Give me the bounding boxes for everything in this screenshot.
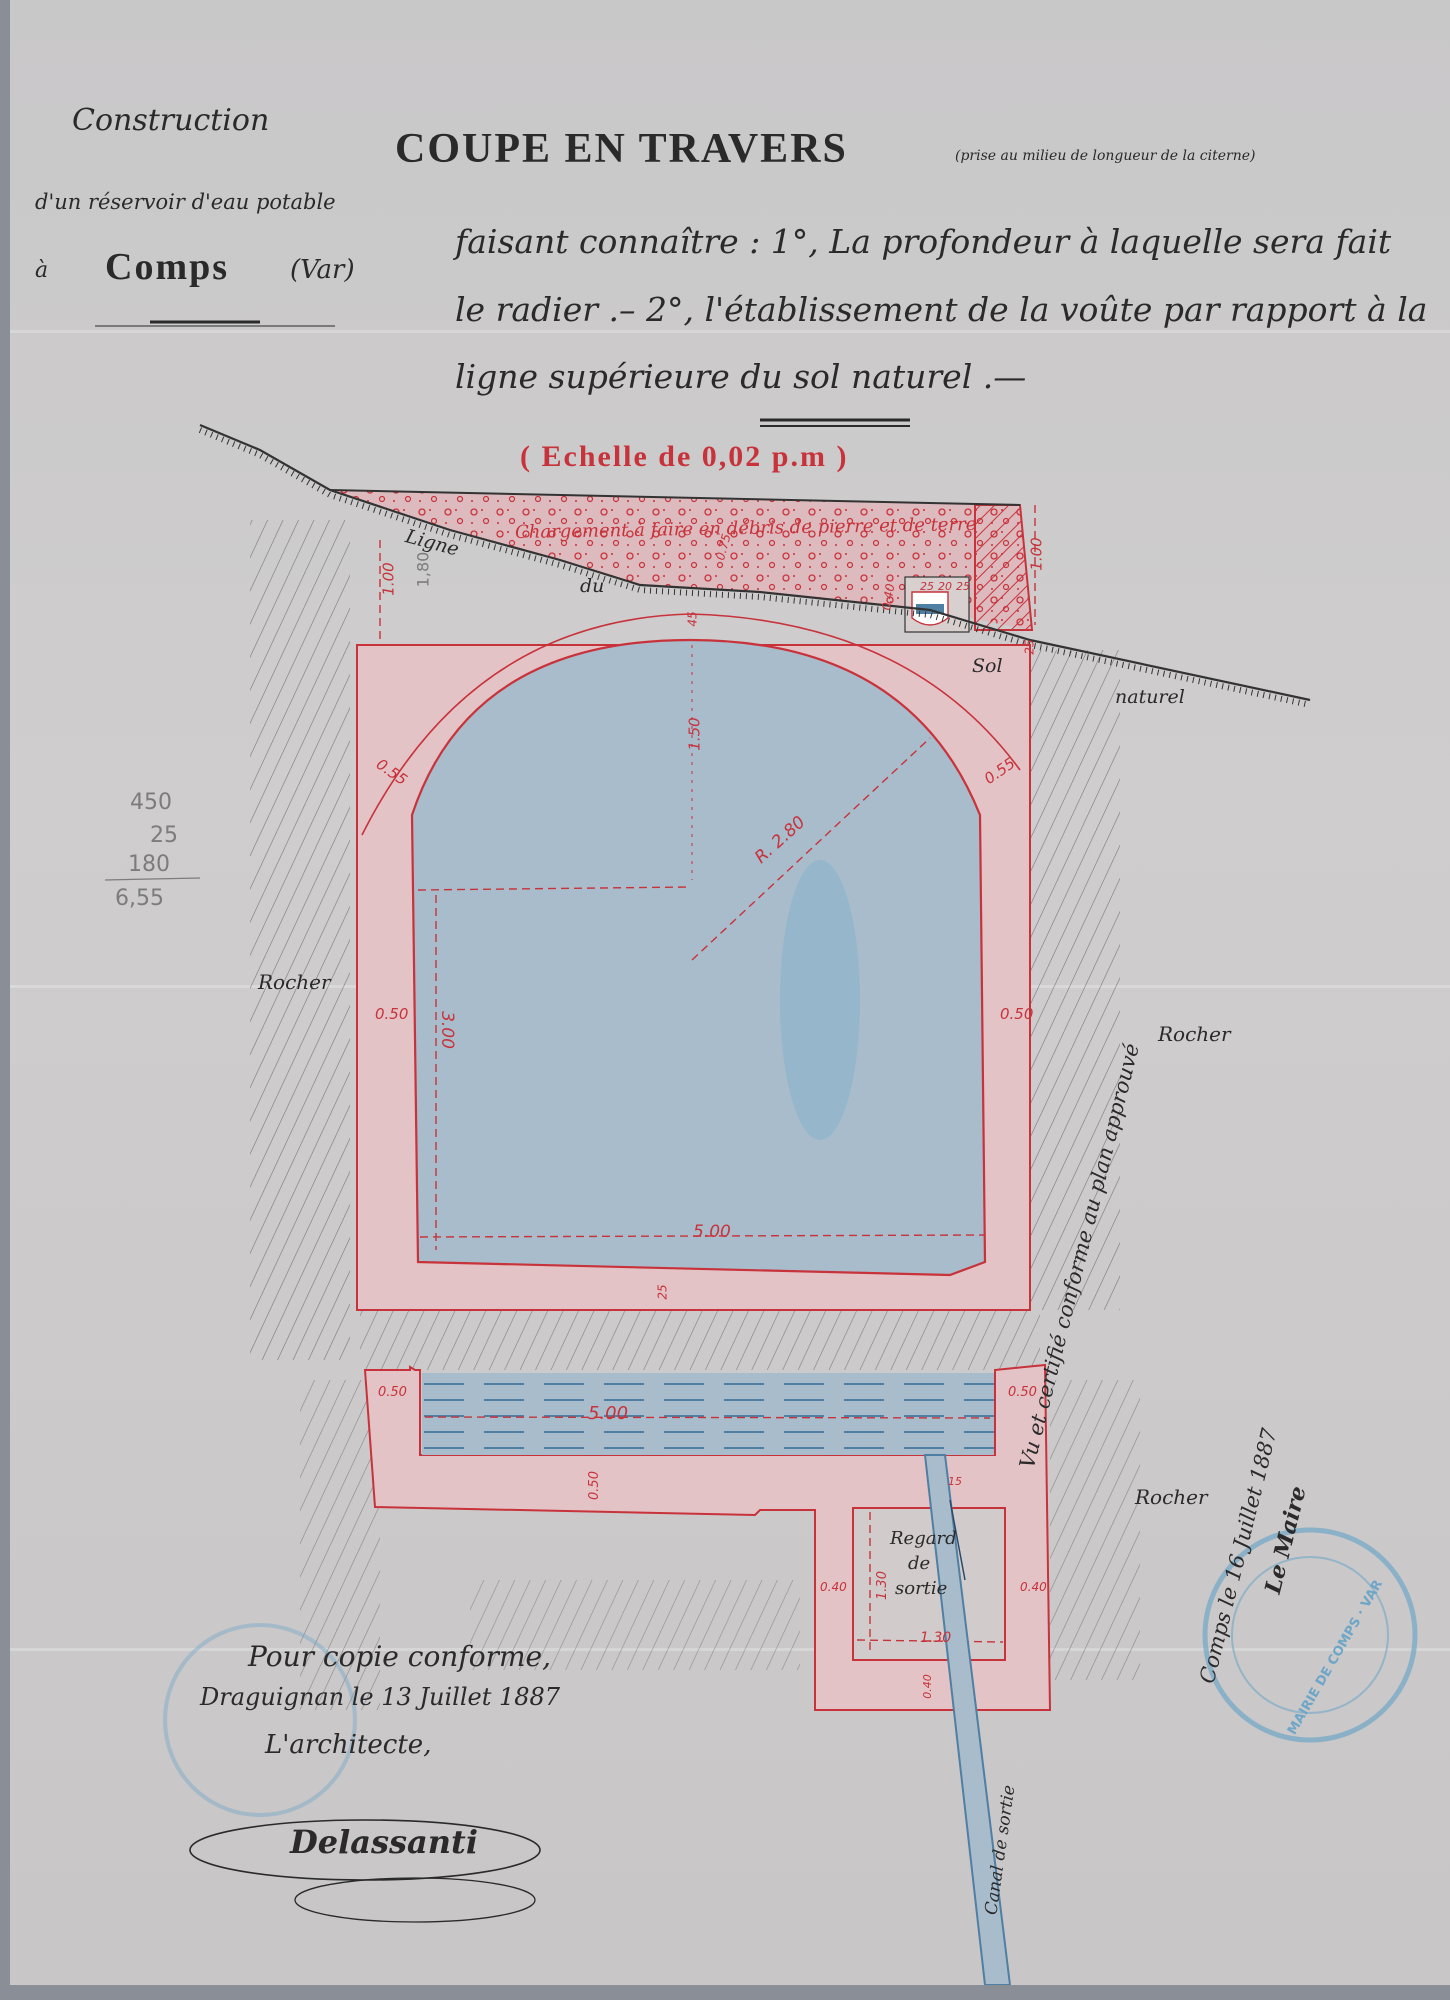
dim-vent-left: 25: [920, 580, 934, 593]
title-line-1: Construction: [72, 103, 269, 138]
dim-floor: 25: [656, 1284, 670, 1299]
dim-pipe: 15: [948, 1475, 962, 1488]
chamber-label-2: de: [908, 1553, 930, 1574]
dim-chamber-floor: 0.40: [921, 1674, 934, 1699]
dim-chamber-right: 0.40: [1020, 1580, 1047, 1594]
dim-wall-left: 0.50: [375, 1005, 408, 1023]
pencil-side-note: 1,80: [413, 552, 432, 588]
rock-label-right-lower: Rocher: [1135, 1485, 1208, 1509]
department: (Var): [290, 255, 355, 285]
pencil-calc-total: 6,55: [115, 886, 164, 911]
drawing-sheet: Construction d'un réservoir d'eau potabl…: [10, 0, 1450, 1985]
dim-height: 3.00: [437, 1011, 457, 1049]
dim-chamber-width: 1.30: [920, 1630, 951, 1646]
dim-chamber-height: 1.30: [875, 1571, 890, 1600]
dim-wall-right: 0.50: [1000, 1005, 1033, 1023]
dim-vault-rise: 1.50: [686, 717, 704, 750]
dim-crown-cover: 45: [686, 611, 700, 626]
dim-plan-wall-left: 0.50: [378, 1385, 407, 1400]
architect-signature: Delassanti: [290, 1823, 478, 1861]
ground-line-label-2: du: [580, 575, 604, 597]
title-line-3-prefix: à: [35, 258, 48, 283]
ground-line-label-3: Sol: [972, 655, 1003, 677]
dim-plan-floor: 0.50: [587, 1471, 602, 1500]
pencil-calc-1: 450: [130, 790, 172, 815]
dim-vent-right: 25: [956, 580, 970, 593]
rock-label-right: Rocher: [1158, 1022, 1231, 1046]
chamber-label-1: Regard: [890, 1528, 957, 1549]
dim-plan-width: 5.00: [588, 1403, 628, 1424]
dim-right-wall-top: 25: [1023, 639, 1037, 654]
copy-certification: Pour copie conforme,: [248, 1640, 551, 1673]
dim-chamber-left: 0.40: [820, 1580, 847, 1594]
place-date: Draguignan le 13 Juillet 1887: [200, 1683, 560, 1711]
title-line-2: d'un réservoir d'eau potable: [35, 190, 336, 214]
dim-vent-mid: 20: [938, 580, 952, 593]
dim-top-left: 1.00: [380, 562, 398, 595]
place-name: Comps: [105, 245, 229, 289]
drawing-heading: COUPE EN TRAVERS: [395, 125, 848, 173]
pencil-calc-2: 25: [150, 823, 178, 848]
description-line-2: le radier .– 2°, l'établissement de la v…: [455, 290, 1427, 329]
description-line-3: ligne supérieure du sol naturel .—: [455, 357, 1026, 396]
heading-note: (prise au milieu de longueur de la citer…: [955, 148, 1256, 164]
dim-top-right: 1.00: [1028, 537, 1046, 570]
description-line-1: faisant connaître : 1°, La profondeur à …: [455, 222, 1391, 261]
chamber-label-3: sortie: [895, 1578, 947, 1599]
rock-label-left: Rocher: [258, 970, 331, 994]
ground-line-label-4: naturel: [1115, 686, 1185, 708]
scale-label: ( Echelle de 0,02 p.m ): [520, 440, 848, 474]
pencil-calc-3: 180: [128, 852, 170, 877]
architect-title: L'architecte,: [265, 1730, 431, 1760]
dim-width: 5.00: [693, 1222, 731, 1242]
